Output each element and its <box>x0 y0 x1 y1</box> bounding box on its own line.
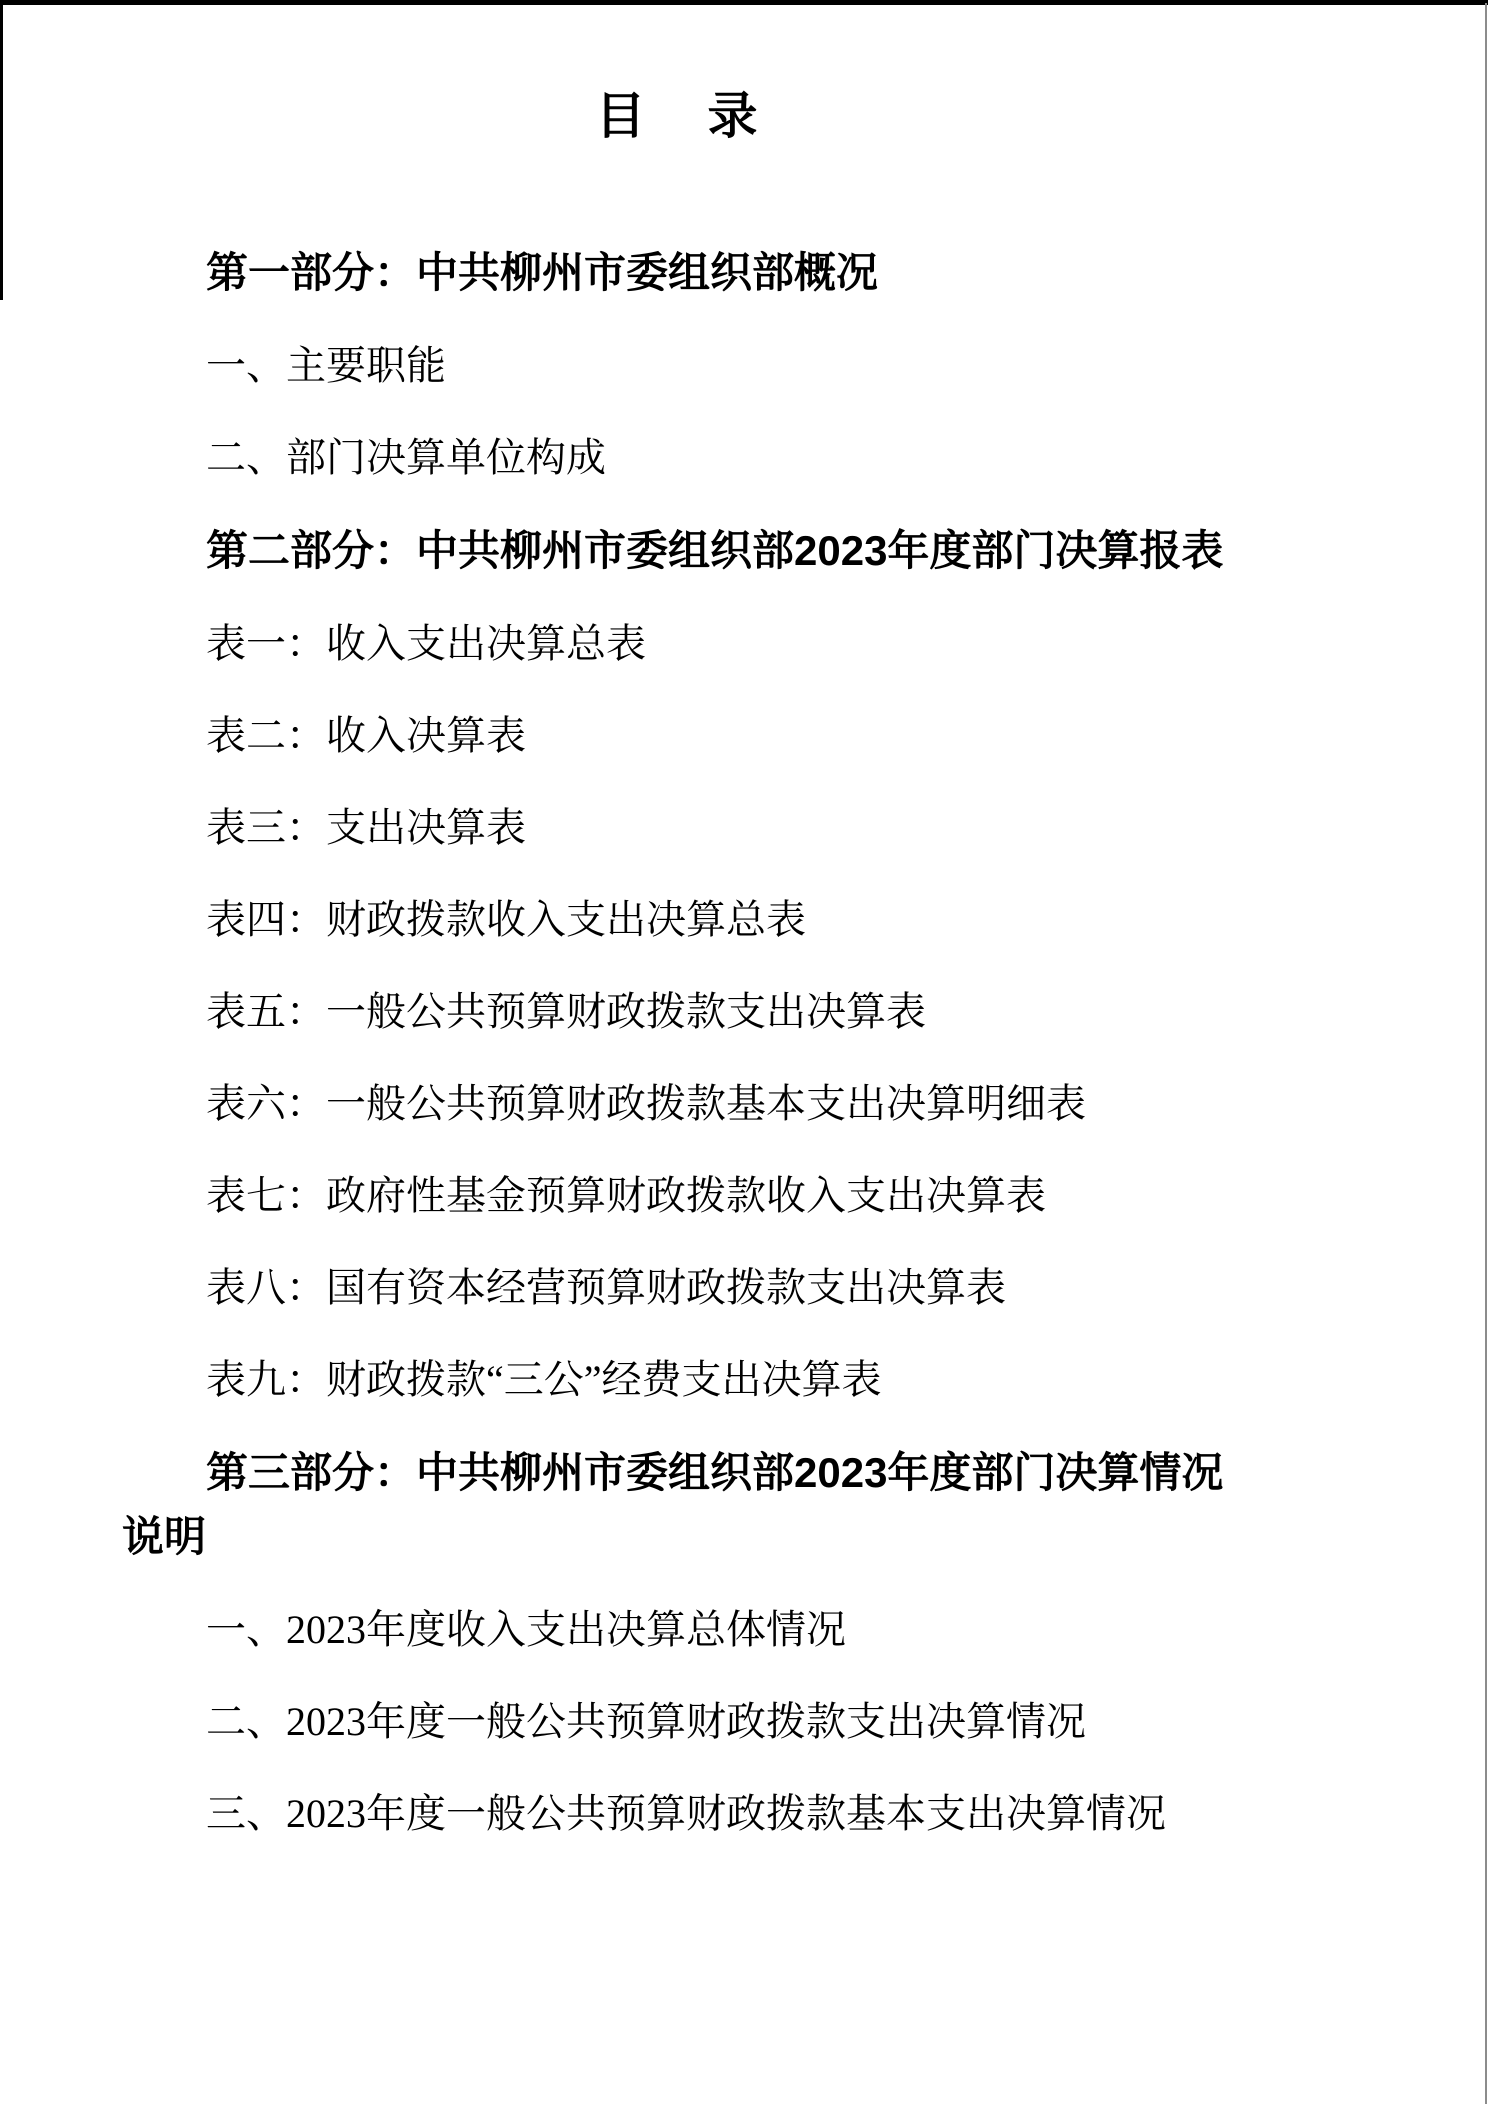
page-right-border <box>1485 3 1487 2104</box>
toc-item: 表二：收入决算表 <box>122 705 1237 767</box>
toc-item: 表七：政府性基金预算财政拨款收入支出决算表 <box>122 1165 1237 1227</box>
toc-item: 表八：国有资本经营预算财政拨款支出决算表 <box>122 1257 1237 1319</box>
document-page: 目 录 第一部分：中共柳州市委组织部概况 一、主要职能 二、部门决算单位构成 第… <box>0 0 1488 2104</box>
section-part-1: 第一部分：中共柳州市委组织部概况 一、主要职能 二、部门决算单位构成 <box>122 241 1237 489</box>
toc-item: 二、2023年度一般公共预算财政拨款支出决算情况 <box>122 1691 1237 1753</box>
section-heading: 第二部分：中共柳州市委组织部2023年度部门决算报表 <box>122 519 1237 583</box>
section-heading: 第一部分：中共柳州市委组织部概况 <box>122 241 1237 305</box>
toc-item: 三、2023年度一般公共预算财政拨款基本支出决算情况 <box>122 1783 1237 1845</box>
toc-item: 二、部门决算单位构成 <box>122 427 1237 489</box>
page-left-border <box>0 0 3 300</box>
toc-item: 表九：财政拨款“三公”经费支出决算表 <box>122 1349 1237 1411</box>
section-heading: 第三部分：中共柳州市委组织部2023年度部门决算情况说明 <box>122 1441 1237 1569</box>
toc-item: 表一：收入支出决算总表 <box>122 613 1237 675</box>
toc-item: 表三：支出决算表 <box>122 797 1237 859</box>
section-part-3: 第三部分：中共柳州市委组织部2023年度部门决算情况说明 一、2023年度收入支… <box>122 1441 1237 1845</box>
toc-content: 目 录 第一部分：中共柳州市委组织部概况 一、主要职能 二、部门决算单位构成 第… <box>122 0 1237 1875</box>
page-title: 目 录 <box>122 84 1237 149</box>
toc-item: 一、2023年度收入支出决算总体情况 <box>122 1599 1237 1661</box>
section-part-2: 第二部分：中共柳州市委组织部2023年度部门决算报表 表一：收入支出决算总表 表… <box>122 519 1237 1411</box>
toc-item: 表四：财政拨款收入支出决算总表 <box>122 889 1237 951</box>
toc-item: 表五：一般公共预算财政拨款支出决算表 <box>122 981 1237 1043</box>
toc-item: 一、主要职能 <box>122 335 1237 397</box>
toc-item: 表六：一般公共预算财政拨款基本支出决算明细表 <box>122 1073 1237 1135</box>
